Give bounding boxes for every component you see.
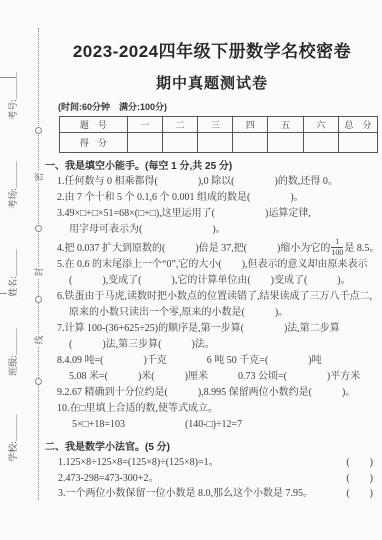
question-9: 9.2.67 精确到十分位约是( ),8.995 保留两位小数约是( )。	[45, 385, 379, 401]
seal-char-feng: 封	[33, 266, 45, 278]
score-table-score-row: 得 分	[60, 133, 378, 153]
exam-room-field: 考场:＿＿＿	[6, 140, 20, 230]
fraction-denominator: 100	[331, 248, 343, 257]
question-4-text-before: 4.把 0.037 扩大到原数的( )倍是 37,把( )缩小为它的	[57, 243, 330, 254]
main-content: 2023-2024四年级下册数学名校密卷 期中真题测试卷 (时间:60分钟 满分…	[45, 40, 379, 502]
question-2: 2.由 7 个十和 5 个 0.1,6 个 0.001 组成的数是( )。	[45, 190, 379, 206]
question-7-line1: 7.计算 100-(36+625÷25)的顺序是,第一步算( )法,第二步算	[45, 321, 379, 337]
paper-subtitle: 期中真题测试卷	[45, 74, 379, 94]
seal-circle	[35, 127, 42, 134]
true-false-item-3: 3.一个两位小数保留一位小数是 8.0,那么这个小数是 7.95。 ( )	[45, 486, 379, 502]
question-3-line1: 3.49×□+□×51=68×(□+□),这里运用了( )运算定律,	[45, 206, 379, 222]
question-7-line2: ( )法,第三步算( )法。	[45, 337, 379, 353]
section1-heading: 一、我是填空小能手。(每空 1 分,共 25 分)	[45, 159, 379, 174]
question-8-line2: 5.08 米=( )米( )厘米 0.73 公顷=( )平方米	[45, 369, 379, 385]
score-table-header-cell: 五	[268, 117, 303, 133]
seal-dotted-line	[38, 28, 39, 500]
true-false-item-2: 2.473-298=473-300+2。 ( )	[45, 471, 379, 487]
score-cell-empty	[162, 133, 197, 153]
fraction-numerator: 1	[331, 238, 343, 248]
score-table-header-cell: 一	[127, 117, 162, 133]
question-5-line2: ( ),变成了( ),它的计算单位由( )变成了( )。	[45, 273, 379, 289]
time-limit-info: (时间:60分钟 满分:100分)	[58, 102, 379, 113]
school-field: 学校:＿＿＿	[6, 393, 20, 483]
question-6-line2: 原来的小数只读出一个零,原来的小数是( )。	[45, 305, 379, 321]
answer-bracket: ( )	[338, 486, 373, 502]
score-table-header-row: 题 号 一 二 三 四 五 六 总 分	[60, 117, 378, 133]
answer-bracket: ( )	[338, 471, 373, 487]
true-false-item-1: 1.125×8÷125×8=(125×8)÷(125×8)=1。 ( )	[45, 455, 379, 471]
score-table-header-cell: 二	[162, 117, 197, 133]
seal-circle	[35, 378, 42, 385]
class-field: 班级:＿＿＿	[6, 307, 20, 397]
score-cell-empty	[198, 133, 233, 153]
true-false-text: 2.473-298=473-300+2。	[58, 471, 158, 487]
question-4-text-after: 是 8.5。	[344, 243, 379, 254]
exam-paper-page: 考号:＿＿＿ 考场:＿＿＿ 姓名:＿＿＿ 班级:＿＿＿ 学校:＿＿＿ 密 封 线…	[0, 0, 382, 540]
seal-circle	[35, 225, 42, 232]
score-cell-empty	[233, 133, 268, 153]
score-table: 题 号 一 二 三 四 五 六 总 分 得 分	[59, 116, 378, 153]
score-table-header-cell: 三	[198, 117, 233, 133]
score-table-header-cell: 四	[233, 117, 268, 133]
question-3-line2: 用字母可表示为( )。	[45, 222, 379, 238]
question-1: 1.任何数与 0 相乘都得( ),0 除以( )的数,还得 0。	[45, 174, 379, 190]
paper-title: 2023-2024四年级下册数学名校密卷	[45, 40, 379, 64]
question-8-line1: 8.4.09 吨=( )千克 6 吨 50 千克=( )吨	[45, 353, 379, 369]
score-table-header-cell: 总 分	[338, 117, 377, 133]
question-10-line1: 10.在□里填上合适的数,使等式成立。	[45, 401, 379, 417]
score-cell-empty	[303, 133, 338, 153]
score-table-header-cell: 六	[303, 117, 338, 133]
score-table-header-cell: 题 号	[60, 117, 128, 133]
student-name-field: 姓名:＿＿＿	[6, 228, 20, 318]
score-cell-empty	[127, 133, 162, 153]
question-10-equations: 5×□+18=103 (140-□)÷12=7	[45, 417, 379, 433]
score-cell-empty	[338, 133, 377, 153]
score-row-label: 得 分	[60, 133, 128, 153]
fraction-1-100: 1100	[331, 238, 343, 257]
question-4: 4.把 0.037 扩大到原数的( )倍是 37,把( )缩小为它的1100是 …	[45, 238, 379, 257]
seal-char-xian: 线	[33, 334, 45, 346]
question-5-line1: 5.在 0.6 的末尾添上一个“0”,它的大小( ),但表示的意义却由原来表示	[45, 257, 379, 273]
exam-number-field: 考号:＿＿＿	[6, 51, 20, 141]
answer-bracket: ( )	[338, 455, 373, 471]
section2-heading: 二、我是数学小法官。(5 分)	[45, 440, 379, 455]
true-false-text: 1.125×8÷125×8=(125×8)÷(125×8)=1。	[58, 455, 219, 471]
score-cell-empty	[268, 133, 303, 153]
seal-char-mi: 密	[33, 171, 45, 183]
true-false-text: 3.一个两位小数保留一位小数是 8.0,那么这个小数是 7.95。	[58, 486, 313, 502]
question-6-line1: 6.铁蛋由于马虎,读数时把小数点的位置读错了,结果读成了三万八千点二,	[45, 289, 379, 305]
seal-circle	[35, 296, 42, 303]
